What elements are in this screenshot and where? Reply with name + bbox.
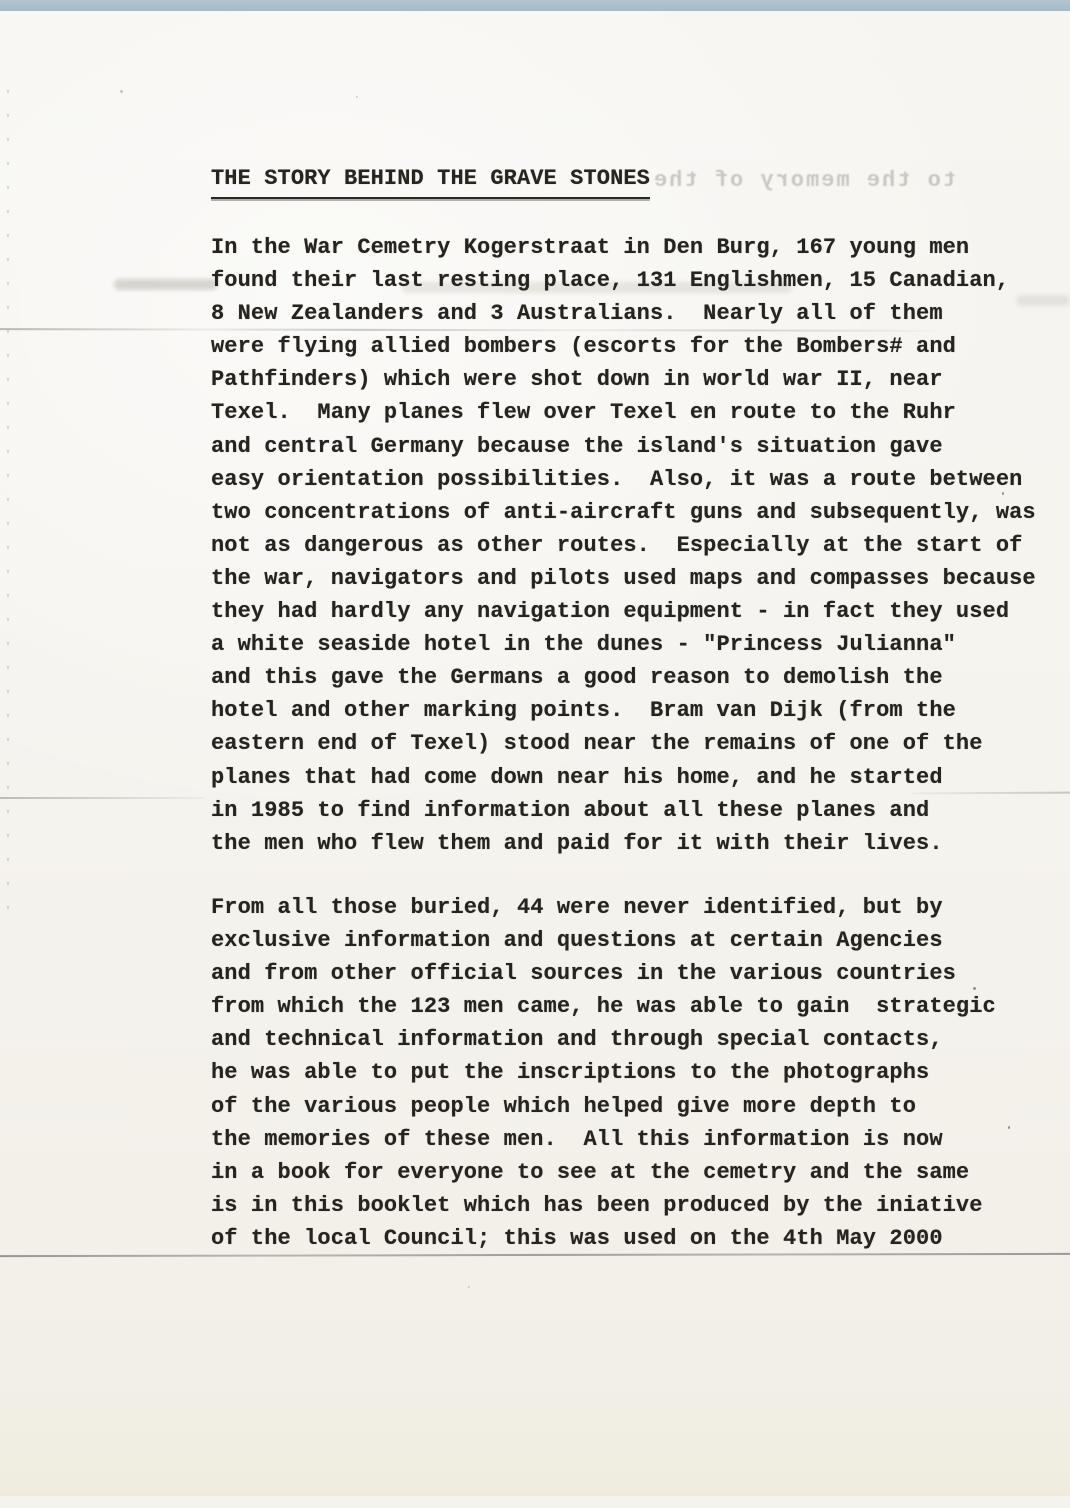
text-line: From all those buried, 44 were never ide… [211, 891, 996, 924]
text-line: Texel. Many planes flew over Texel en ro… [211, 396, 1036, 429]
document-title: THE STORY BEHIND THE GRAVE STONES [211, 166, 650, 199]
text-line: of the various people which helped give … [211, 1090, 996, 1123]
bleedthrough-mirrored-text: to the memory of the [652, 168, 956, 193]
paper-crease [0, 797, 205, 799]
text-line: and from other official sources in the v… [211, 957, 996, 990]
text-line: from which the 123 men came, he was able… [211, 990, 996, 1023]
text-line: he was able to put the inscriptions to t… [211, 1056, 996, 1089]
text-line: is in this booklet which has been produc… [211, 1189, 996, 1222]
text-line: planes that had come down near his home,… [211, 761, 1036, 794]
text-line: the men who flew them and paid for it wi… [211, 827, 1036, 860]
text-line: of the local Council; this was used on t… [211, 1222, 996, 1255]
ink-speck [973, 987, 976, 990]
paper-crease [912, 792, 1070, 795]
text-line: two concentrations of anti-aircraft guns… [211, 496, 1036, 529]
text-line: not as dangerous as other routes. Especi… [211, 529, 1036, 562]
text-line: were flying allied bombers (escorts for … [211, 330, 1036, 363]
scan-edge-speckles [7, 90, 9, 910]
ink-speck [1002, 492, 1004, 495]
text-line: exclusive information and questions at c… [211, 924, 996, 957]
text-line: easy orientation possibilities. Also, it… [211, 463, 1036, 496]
text-line: in 1985 to find information about all th… [211, 794, 1036, 827]
scanner-bed-strip [0, 0, 1070, 11]
ink-speck [1008, 1126, 1010, 1129]
paragraph-identification-story: From all those buried, 44 were never ide… [211, 891, 996, 1255]
text-line: 8 New Zealanders and 3 Australians. Near… [211, 297, 1036, 330]
text-line: found their last resting place, 131 Engl… [211, 264, 1036, 297]
text-line: they had hardly any navigation equipment… [211, 595, 1036, 628]
scanned-document: to the memory of the THE STORY BEHIND TH… [0, 0, 1070, 1508]
text-line: and this gave the Germans a good reason … [211, 661, 1036, 694]
text-line: and central Germany because the island's… [211, 430, 1036, 463]
text-line: Pathfinders) which were shot down in wor… [211, 363, 1036, 396]
text-line: the memories of these men. All this info… [211, 1123, 996, 1156]
paper-sheet: to the memory of the THE STORY BEHIND TH… [0, 0, 1070, 1496]
text-line: hotel and other marking points. Bram van… [211, 694, 1036, 727]
paragraph-cemetery-story: In the War Cemetry Kogerstraat in Den Bu… [211, 231, 1036, 860]
text-line: In the War Cemetry Kogerstraat in Den Bu… [211, 231, 1036, 264]
text-line: a white seaside hotel in the dunes - "Pr… [211, 628, 1036, 661]
text-line: eastern end of Texel) stood near the rem… [211, 727, 1036, 760]
ink-speck [120, 90, 123, 93]
ink-speck [468, 1286, 470, 1288]
ink-speck [356, 96, 358, 98]
text-line: and technical information and through sp… [211, 1023, 996, 1056]
pencil-rule-line [0, 1253, 1070, 1257]
bleedthrough-smudge [114, 279, 218, 290]
text-line: the war, navigators and pilots used maps… [211, 562, 1036, 595]
text-line: in a book for everyone to see at the cem… [211, 1156, 996, 1189]
